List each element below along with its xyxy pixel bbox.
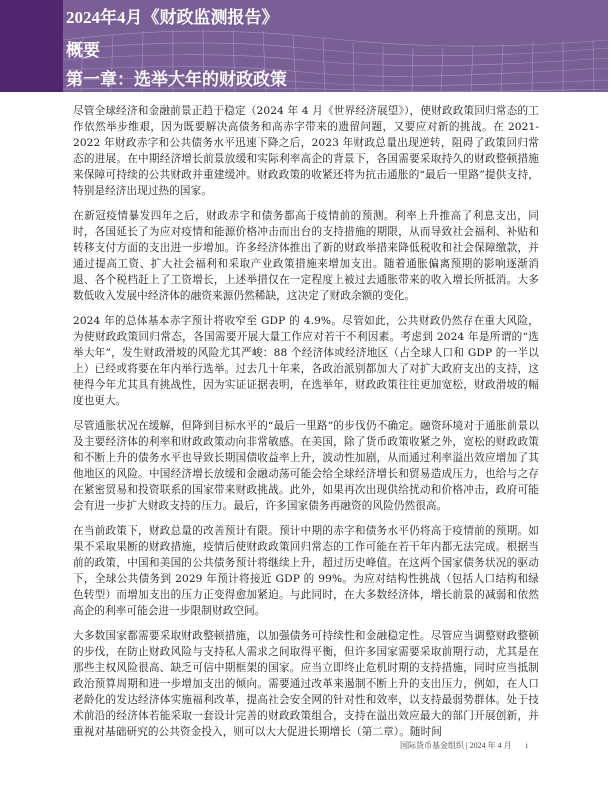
page-footer: 国际货币基金组织 | 2024 年 4 月 i	[400, 740, 528, 751]
page-number: i	[526, 741, 528, 750]
report-header-banner: 2024年4月《财政监测报告》 概要 第一章：选举大年的财政政策	[0, 0, 608, 92]
body-text: 尽管全球经济和金融前景正趋于稳定（2024 年 4 月《世界经济展望》），使财政…	[73, 103, 539, 749]
paragraph: 2024 年的总体基本赤字预计将收窄至 GDP 的 4.9%。尽管如此，公共财政…	[73, 313, 539, 409]
header-accent-strip	[0, 0, 63, 92]
paragraph: 尽管全球经济和金融前景正趋于稳定（2024 年 4 月《世界经济展望》），使财政…	[73, 103, 539, 199]
chapter-title: 第一章：选举大年的财政政策	[66, 65, 287, 90]
paragraph: 大多数国家都需要采取财政整顿措施，以加强债务可持续性和金融稳定性。尽管应当调整财…	[73, 628, 539, 740]
paragraph: 在新冠疫情暴发四年之后，财政赤字和债务都高于疫情前的预测。利率上升推高了利息支出…	[73, 208, 539, 304]
footer-publisher-date: 国际货币基金组织 | 2024 年 4 月	[400, 741, 512, 750]
section-label: 概要	[66, 36, 100, 61]
paragraph: 在当前政策下，财政总量的改善预计有限。预计中期的赤字和债务水平仍将高于疫情前的预…	[73, 523, 539, 619]
report-title: 2024年4月《财政监测报告》	[66, 3, 279, 28]
paragraph: 尽管通胀状况在缓解，但降到目标水平的“最后一里路”的步伐仍不确定。融资环境对于通…	[73, 418, 539, 514]
